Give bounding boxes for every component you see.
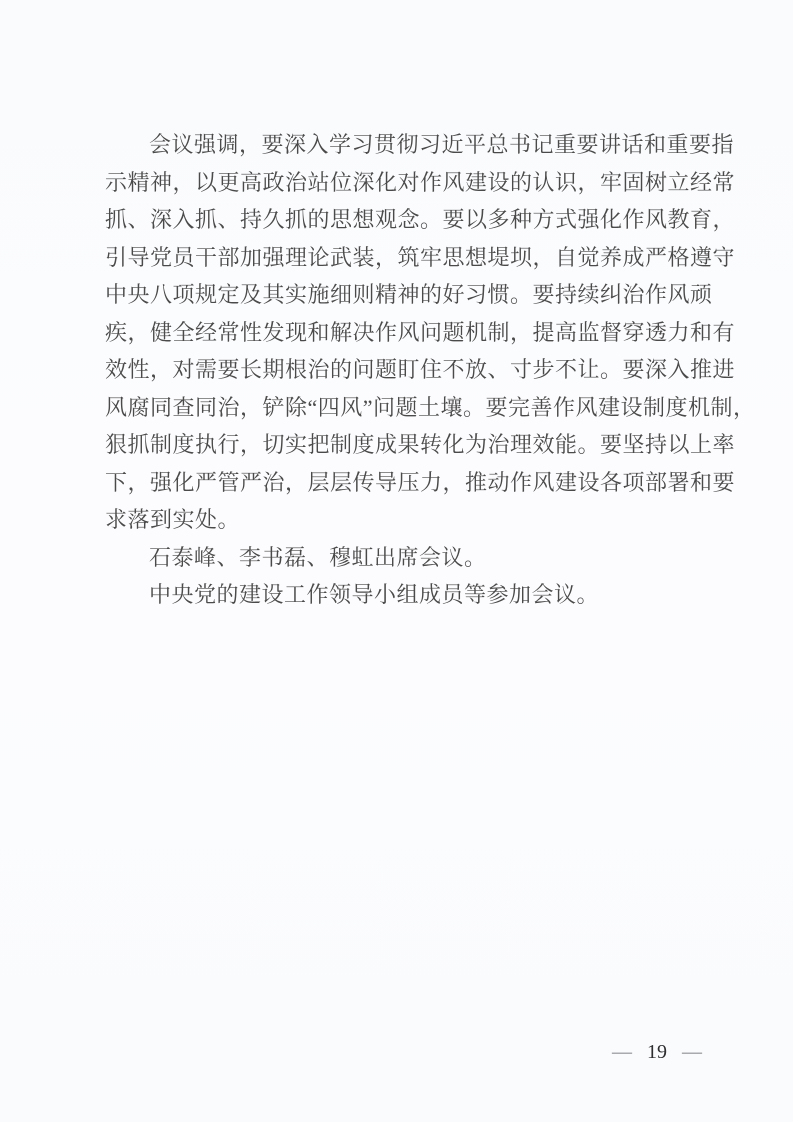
paragraph-line: 效性，对需要长期根治的问题盯住不放、寸步不让。要深入推进 [105, 351, 687, 389]
paragraph-line: 示精神，以更高政治站位深化对作风建设的认识，牢固树立经常 [105, 164, 687, 202]
paragraph-line: 中央党的建设工作领导小组成员等参加会议。 [105, 576, 687, 614]
paragraph-line: 求落到实处。 [105, 501, 687, 539]
paragraph-line: 风腐同查同治，铲除“四风”问题土壤。要完善作风建设制度机制， [105, 389, 687, 427]
paragraph-line: 下，强化严管严治，层层传导压力，推动作风建设各项部署和要 [105, 464, 687, 502]
page-number-left-dash: — [612, 1042, 632, 1061]
paragraph-line: 中央八项规定及其实施细则精神的好习惯。要持续纠治作风顽 [105, 276, 687, 314]
page-number: 19 [647, 1040, 667, 1064]
page-number-right-dash: — [682, 1042, 702, 1061]
paragraph-line: 抓、深入抓、持久抓的思想观念。要以多种方式强化作风教育， [105, 201, 687, 239]
paragraph-line: 狠抓制度执行，切实把制度成果转化为治理效能。要坚持以上率 [105, 426, 687, 464]
document-page: 会议强调，要深入学习贯彻习近平总书记重要讲话和重要指 示精神，以更高政治站位深化… [0, 0, 793, 1122]
page-footer: — 19 — [612, 1040, 702, 1064]
paragraph-line: 引导党员干部加强理论武装，筑牢思想堤坝，自觉养成严格遵守 [105, 239, 687, 277]
paragraph-line: 石泰峰、李书磊、穆虹出席会议。 [105, 539, 687, 577]
paragraph-line: 疾，健全经常性发现和解决作风问题机制，提高监督穿透力和有 [105, 314, 687, 352]
body-text: 会议强调，要深入学习贯彻习近平总书记重要讲话和重要指 示精神，以更高政治站位深化… [105, 126, 687, 614]
paragraph-line: 会议强调，要深入学习贯彻习近平总书记重要讲话和重要指 [105, 126, 687, 164]
